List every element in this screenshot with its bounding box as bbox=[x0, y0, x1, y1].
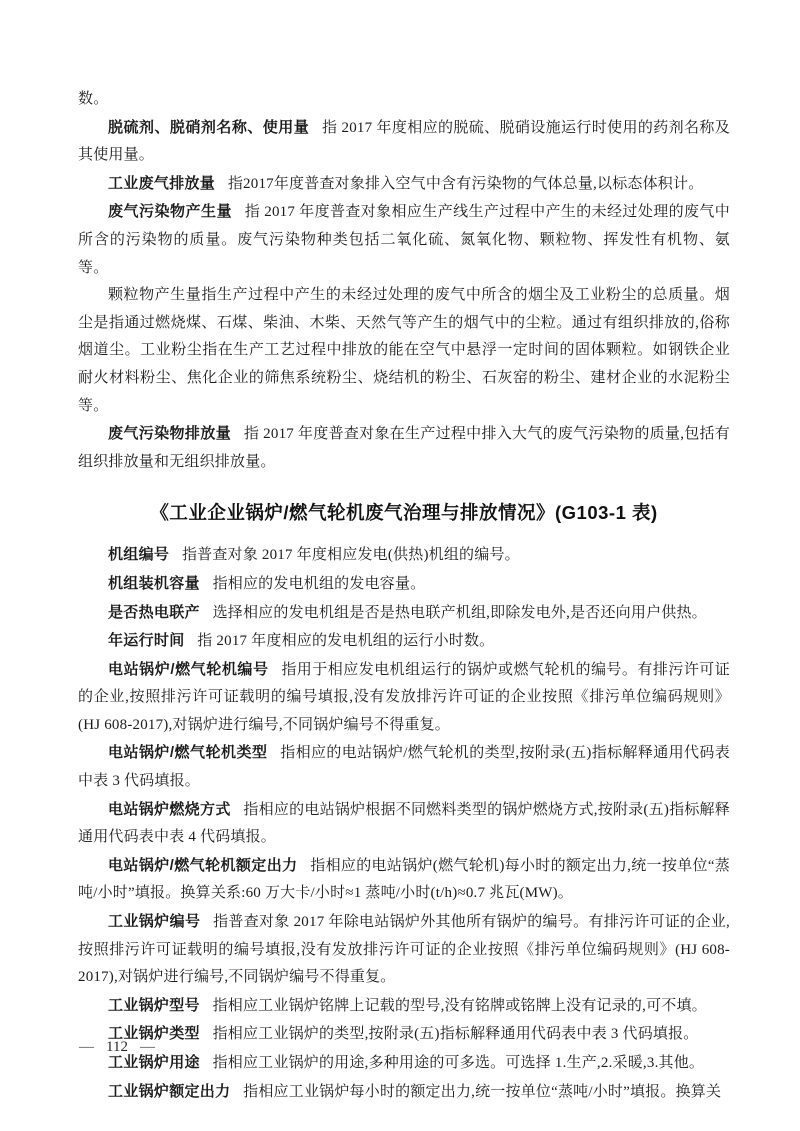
term-label: 废气污染物排放量 bbox=[108, 425, 231, 442]
term-label: 工业废气排放量 bbox=[108, 175, 215, 192]
definition-paragraph: 是否热电联产选择相应的发电机组是否是热电联产机组,即除发电外,是否还向用户供热。 bbox=[78, 599, 730, 628]
page-number: 112 bbox=[106, 1039, 128, 1056]
footer-dash-right: — bbox=[140, 1039, 155, 1056]
definition-paragraph: 电站锅炉/燃气轮机类型指相应的电站锅炉/燃气轮机的类型,按附录(五)指标解释通用… bbox=[78, 739, 730, 795]
definition-paragraph: 数。 bbox=[78, 86, 730, 114]
definition-paragraph: 机组编号指普查对象 2017 年度相应发电(供热)机组的编号。 bbox=[78, 541, 730, 570]
term-label: 是否热电联产 bbox=[108, 604, 200, 621]
term-label: 工业锅炉额定出力 bbox=[108, 1083, 230, 1100]
definition-paragraph: 工业锅炉额定出力指相应工业锅炉每小时的额定出力,统一按单位“蒸吨/小时”填报。换… bbox=[78, 1078, 730, 1107]
definition-paragraph: 脱硫剂、脱硝剂名称、使用量指 2017 年度相应的脱硫、脱硝设施运行时使用的药剂… bbox=[78, 114, 730, 170]
definition-text: 选择相应的发电机组是否是热电联产机组,即除发电外,是否还向用户供热。 bbox=[213, 605, 707, 621]
document-page: 数。脱硫剂、脱硝剂名称、使用量指 2017 年度相应的脱硫、脱硝设施运行时使用的… bbox=[0, 0, 800, 1131]
definition-text: 指相应工业锅炉的用途,多种用途的可多选。可选择 1.生产,2.采暖,3.其他。 bbox=[213, 1055, 705, 1071]
g103-definitions-section: 机组编号指普查对象 2017 年度相应发电(供热)机组的编号。机组装机容量指相应… bbox=[78, 541, 730, 1106]
definition-text: 指相应工业锅炉铭牌上记载的型号,没有铭牌或铭牌上没有记录的,可不填。 bbox=[213, 998, 707, 1014]
definition-text: 指相应的发电机组的发电容量。 bbox=[213, 576, 426, 592]
intro-definitions-section: 数。脱硫剂、脱硝剂名称、使用量指 2017 年度相应的脱硫、脱硝设施运行时使用的… bbox=[78, 86, 730, 476]
definition-paragraph: 电站锅炉/燃气轮机编号指用于相应发电机组运行的锅炉或燃气轮机的编号。有排污许可证… bbox=[78, 656, 730, 740]
term-label: 机组编号 bbox=[108, 546, 169, 563]
definition-paragraph: 电站锅炉燃烧方式指相应的电站锅炉根据不同燃料类型的锅炉燃烧方式,按附录(五)指标… bbox=[78, 796, 730, 852]
definition-paragraph: 工业锅炉型号指相应工业锅炉铭牌上记载的型号,没有铭牌或铭牌上没有记录的,可不填。 bbox=[78, 992, 730, 1021]
definition-text: 指相应工业锅炉每小时的额定出力,统一按单位“蒸吨/小时”填报。换算关 bbox=[243, 1084, 721, 1100]
term-label: 工业锅炉用途 bbox=[108, 1054, 200, 1071]
page-content: 数。脱硫剂、脱硝剂名称、使用量指 2017 年度相应的脱硫、脱硝设施运行时使用的… bbox=[78, 86, 730, 1106]
definition-text: 指2017年度普查对象排入空气中含有污染物的气体总量,以标态体积计。 bbox=[228, 176, 704, 192]
footer-dash-left: — bbox=[79, 1039, 94, 1056]
definition-paragraph: 工业锅炉类型指相应工业锅炉的类型,按附录(五)指标解释通用代码表中表 3 代码填… bbox=[78, 1020, 730, 1049]
term-label: 工业锅炉编号 bbox=[108, 913, 200, 930]
term-label: 电站锅炉/燃气轮机额定出力 bbox=[108, 857, 298, 874]
definition-text: 颗粒物产生量指生产过程中产生的未经过处理的废气中所含的烟尘及工业粉尘的总质量。烟… bbox=[78, 287, 730, 413]
definition-paragraph: 年运行时间指 2017 年度相应的发电机组的运行小时数。 bbox=[78, 627, 730, 656]
definition-text: 数。 bbox=[78, 91, 108, 107]
definition-paragraph: 颗粒物产生量指生产过程中产生的未经过处理的废气中所含的烟尘及工业粉尘的总质量。烟… bbox=[78, 282, 730, 420]
section-heading: 《工业企业锅炉/燃气轮机废气治理与排放情况》(G103-1 表) bbox=[78, 499, 730, 525]
page-footer: — 112 — bbox=[79, 1039, 155, 1056]
definition-paragraph: 机组装机容量指相应的发电机组的发电容量。 bbox=[78, 570, 730, 599]
term-label: 年运行时间 bbox=[108, 632, 185, 649]
term-label: 废气污染物产生量 bbox=[108, 203, 232, 220]
definition-text: 指普查对象 2017 年度相应发电(供热)机组的编号。 bbox=[182, 547, 520, 563]
definition-text: 指相应工业锅炉的类型,按附录(五)指标解释通用代码表中表 3 代码填报。 bbox=[213, 1026, 699, 1042]
definition-paragraph: 工业锅炉用途指相应工业锅炉的用途,多种用途的可多选。可选择 1.生产,2.采暖,… bbox=[78, 1049, 730, 1078]
definition-text: 指 2017 年度相应的发电机组的运行小时数。 bbox=[197, 633, 494, 649]
term-label: 脱硫剂、脱硝剂名称、使用量 bbox=[108, 119, 309, 136]
term-label: 电站锅炉/燃气轮机类型 bbox=[108, 744, 267, 761]
term-label: 电站锅炉/燃气轮机编号 bbox=[108, 661, 269, 678]
definition-paragraph: 废气污染物产生量指 2017 年度普查对象相应生产线生产过程中产生的未经过处理的… bbox=[78, 198, 730, 282]
definition-paragraph: 电站锅炉/燃气轮机额定出力指相应的电站锅炉(燃气轮机)每小时的额定出力,统一按单… bbox=[78, 852, 730, 908]
definition-paragraph: 工业锅炉编号指普查对象 2017 年除电站锅炉外其他所有锅炉的编号。有排污许可证… bbox=[78, 908, 730, 992]
term-label: 工业锅炉型号 bbox=[108, 997, 200, 1014]
term-label: 电站锅炉燃烧方式 bbox=[108, 801, 231, 818]
term-label: 机组装机容量 bbox=[108, 575, 200, 592]
definition-paragraph: 工业废气排放量指2017年度普查对象排入空气中含有污染物的气体总量,以标态体积计… bbox=[78, 170, 730, 199]
definition-paragraph: 废气污染物排放量指 2017 年度普查对象在生产过程中排入大气的废气污染物的质量… bbox=[78, 420, 730, 476]
